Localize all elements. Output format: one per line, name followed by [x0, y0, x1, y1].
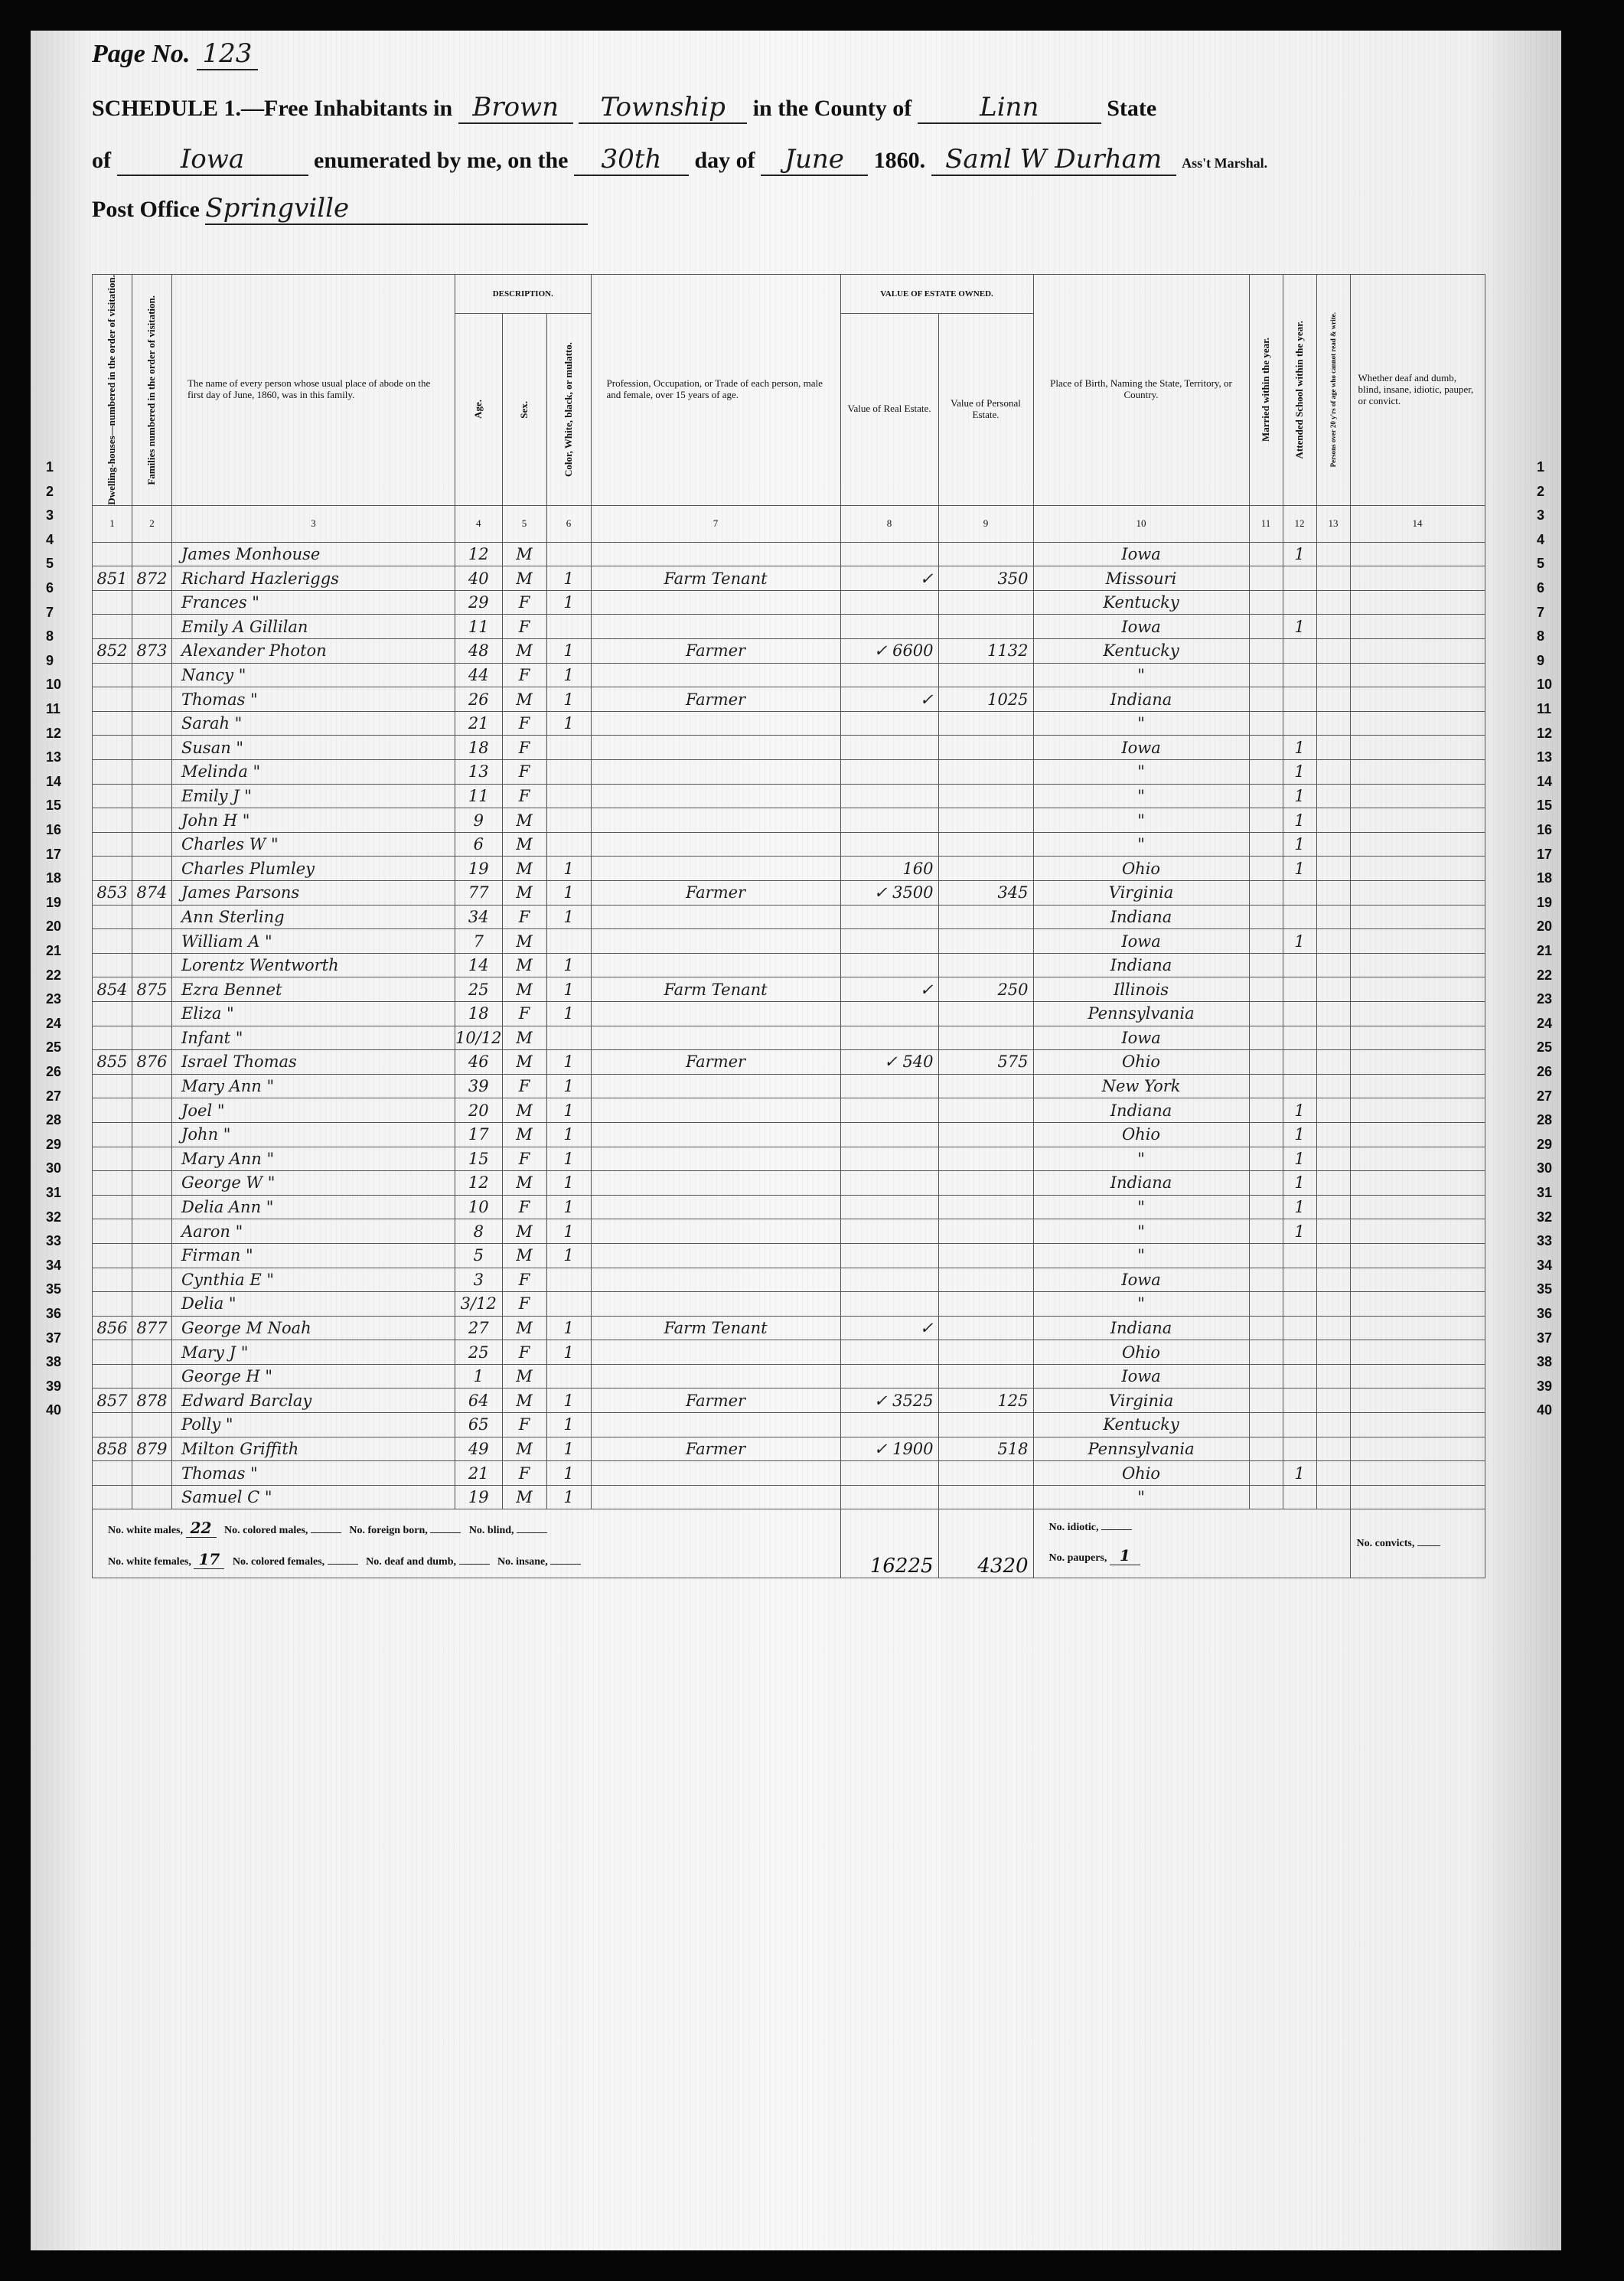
color: 1	[546, 857, 591, 881]
column-number: 2	[132, 505, 172, 542]
personal-estate-value	[938, 1316, 1033, 1340]
disability	[1350, 1413, 1485, 1437]
col-real-estate-header: Value of Real Estate.	[840, 314, 938, 506]
line-number-left: 7	[46, 605, 54, 621]
married-within-year	[1249, 953, 1283, 977]
age: 5	[455, 1243, 503, 1268]
page-label: Page No.	[92, 40, 190, 68]
married-within-year	[1249, 784, 1283, 808]
line-number-right: 39	[1537, 1379, 1552, 1395]
birthplace: Kentucky	[1033, 639, 1249, 664]
attended-school: 1	[1283, 1461, 1316, 1486]
married-within-year	[1249, 615, 1283, 639]
table-row: 855876Israel Thomas46M1Farmer✓ 540575Ohi…	[93, 1050, 1485, 1075]
disability	[1350, 639, 1485, 664]
sex: F	[502, 1292, 546, 1317]
person-name: Nancy "	[172, 663, 455, 687]
occupation	[591, 953, 840, 977]
real-estate-value: ✓ 540	[840, 1050, 938, 1075]
disability	[1350, 1437, 1485, 1461]
dwelling-number	[93, 1243, 132, 1268]
personal-estate-value	[938, 1461, 1033, 1486]
family-number	[132, 1413, 172, 1437]
dwelling-number	[93, 736, 132, 760]
sex: M	[502, 1171, 546, 1196]
disability	[1350, 832, 1485, 857]
disability	[1350, 1243, 1485, 1268]
color: 1	[546, 1122, 591, 1147]
birthplace: Missouri	[1033, 566, 1249, 591]
post-office-line: Post Office Springville	[92, 193, 588, 225]
col-personal-estate-header: Value of Personal Estate.	[938, 314, 1033, 506]
sex: M	[502, 881, 546, 906]
attended-school	[1283, 1292, 1316, 1317]
sex: M	[502, 1243, 546, 1268]
attended-school	[1283, 687, 1316, 712]
sex: M	[502, 832, 546, 857]
line-number-left: 18	[46, 870, 61, 886]
foreign-born-count	[430, 1532, 461, 1533]
col-school-header: Attended School within the year.	[1283, 275, 1316, 506]
illiterate	[1316, 1485, 1350, 1509]
occupation	[591, 905, 840, 929]
birthplace: Indiana	[1033, 1316, 1249, 1340]
summary-convicts: No. convicts,	[1350, 1509, 1485, 1578]
line-number-right: 32	[1537, 1209, 1552, 1225]
blind-count	[517, 1532, 547, 1533]
dwelling-number	[93, 1074, 132, 1098]
married-within-year	[1249, 808, 1283, 833]
birthplace: Ohio	[1033, 857, 1249, 881]
marshal-label: Ass't Marshal.	[1182, 155, 1267, 171]
real-estate-value	[840, 590, 938, 615]
personal-estate-value: 350	[938, 566, 1033, 591]
color	[546, 1026, 591, 1050]
occupation: Farm Tenant	[591, 977, 840, 1002]
line-number-right: 33	[1537, 1233, 1552, 1249]
color	[546, 832, 591, 857]
married-within-year	[1249, 1026, 1283, 1050]
sex: M	[502, 953, 546, 977]
person-name: Richard Hazleriggs	[172, 566, 455, 591]
line-number-left: 13	[46, 749, 61, 765]
family-number: 872	[132, 566, 172, 591]
line-number-right: 23	[1537, 991, 1552, 1007]
line-number-left: 20	[46, 919, 61, 935]
line-number-left: 28	[46, 1112, 61, 1128]
illiterate	[1316, 542, 1350, 566]
dwelling-number	[93, 784, 132, 808]
illiterate	[1316, 639, 1350, 664]
real-estate-value	[840, 711, 938, 736]
table-row: Thomas "21F1Ohio1	[93, 1461, 1485, 1486]
real-estate-value	[840, 1147, 938, 1171]
person-name: Eliza "	[172, 1001, 455, 1026]
table-row: 857878Edward Barclay64M1Farmer✓ 3525125V…	[93, 1389, 1485, 1413]
table-row: George W "12M1Indiana1	[93, 1171, 1485, 1196]
family-number	[132, 905, 172, 929]
age: 15	[455, 1147, 503, 1171]
table-row: Cynthia E "3FIowa	[93, 1268, 1485, 1292]
birthplace: Iowa	[1033, 542, 1249, 566]
real-estate-value	[840, 542, 938, 566]
color: 1	[546, 1437, 591, 1461]
disability	[1350, 542, 1485, 566]
attended-school	[1283, 711, 1316, 736]
line-number-left: 19	[46, 895, 61, 911]
sex: F	[502, 784, 546, 808]
table-row: Emily A Gillilan11FIowa1	[93, 615, 1485, 639]
dwelling-number: 852	[93, 639, 132, 664]
line-number-right: 9	[1537, 653, 1544, 669]
family-number	[132, 736, 172, 760]
census-table: Dwelling-houses—numbered in the order of…	[92, 274, 1485, 1578]
married-within-year	[1249, 905, 1283, 929]
deaf-dumb-label: No. deaf and dumb,	[366, 1556, 456, 1568]
table-row: William A "7MIowa1	[93, 929, 1485, 954]
line-number-right: 36	[1537, 1306, 1552, 1322]
family-number	[132, 590, 172, 615]
illiterate	[1316, 1026, 1350, 1050]
table-row: John H "9M"1	[93, 808, 1485, 833]
age: 8	[455, 1219, 503, 1244]
married-within-year	[1249, 1074, 1283, 1098]
enumeration-day: 30th	[574, 144, 689, 176]
disability	[1350, 1316, 1485, 1340]
illiterate	[1316, 977, 1350, 1002]
schedule-title: SCHEDULE 1.—Free Inhabitants in	[92, 96, 452, 121]
real-estate-value	[840, 615, 938, 639]
table-row: James Monhouse12MIowa1	[93, 542, 1485, 566]
birthplace: Iowa	[1033, 615, 1249, 639]
occupation	[591, 663, 840, 687]
dwelling-number	[93, 808, 132, 833]
age: 27	[455, 1316, 503, 1340]
line-number-right: 21	[1537, 943, 1552, 959]
person-name: Lorentz Wentworth	[172, 953, 455, 977]
dwelling-number: 857	[93, 1389, 132, 1413]
dwelling-number	[93, 590, 132, 615]
table-row: 853874James Parsons77M1Farmer✓ 3500345Vi…	[93, 881, 1485, 906]
personal-estate-value	[938, 1098, 1033, 1123]
married-within-year	[1249, 760, 1283, 785]
attended-school	[1283, 1243, 1316, 1268]
line-number-left: 17	[46, 847, 61, 863]
sex: M	[502, 639, 546, 664]
color: 1	[546, 1098, 591, 1123]
illiterate	[1316, 1268, 1350, 1292]
age: 1	[455, 1364, 503, 1389]
personal-estate-value	[938, 1122, 1033, 1147]
person-name: John "	[172, 1122, 455, 1147]
illiterate	[1316, 808, 1350, 833]
occupation	[591, 832, 840, 857]
sex: F	[502, 1413, 546, 1437]
personal-estate-value	[938, 1026, 1033, 1050]
family-number	[132, 615, 172, 639]
personal-estate-value: 345	[938, 881, 1033, 906]
table-row: Susan "18FIowa1	[93, 736, 1485, 760]
enumeration-line: of Iowa enumerated by me, on the 30th da…	[92, 144, 1267, 176]
white-females-count: 17	[194, 1550, 224, 1569]
real-estate-value	[840, 832, 938, 857]
illiterate	[1316, 1050, 1350, 1075]
line-number-right: 18	[1537, 870, 1552, 886]
person-name: George M Noah	[172, 1316, 455, 1340]
township-name: Brown	[458, 92, 573, 124]
dwelling-number	[93, 1098, 132, 1123]
personal-estate-value	[938, 808, 1033, 833]
married-within-year	[1249, 663, 1283, 687]
occupation	[591, 542, 840, 566]
age: 21	[455, 1461, 503, 1486]
line-number-left: 15	[46, 798, 61, 814]
age: 19	[455, 857, 503, 881]
real-estate-value	[840, 1171, 938, 1196]
age: 3	[455, 1268, 503, 1292]
dwelling-number	[93, 687, 132, 712]
table-row: 856877George M Noah27M1Farm Tenant✓India…	[93, 1316, 1485, 1340]
dwelling-number	[93, 1461, 132, 1486]
line-number-right: 8	[1537, 628, 1544, 644]
birthplace: Kentucky	[1033, 1413, 1249, 1437]
occupation	[591, 1413, 840, 1437]
line-number-right: 7	[1537, 605, 1544, 621]
person-name: Sarah "	[172, 711, 455, 736]
sex: F	[502, 760, 546, 785]
line-number-right: 34	[1537, 1258, 1552, 1274]
occupation	[591, 1171, 840, 1196]
personal-estate-total: 4320	[938, 1509, 1033, 1578]
personal-estate-value: 518	[938, 1437, 1033, 1461]
disability	[1350, 1122, 1485, 1147]
person-name: William A "	[172, 929, 455, 954]
color: 1	[546, 711, 591, 736]
illiterate	[1316, 1074, 1350, 1098]
person-name: Susan "	[172, 736, 455, 760]
line-number-left: 3	[46, 507, 54, 524]
line-number-left: 1	[46, 459, 54, 475]
real-estate-value	[840, 1195, 938, 1219]
column-number: 1	[93, 505, 132, 542]
person-name: Frances "	[172, 590, 455, 615]
birthplace: Kentucky	[1033, 590, 1249, 615]
post-office-label: Post Office	[92, 197, 200, 222]
family-number	[132, 953, 172, 977]
real-estate-value	[840, 784, 938, 808]
age: 25	[455, 977, 503, 1002]
dwelling-number	[93, 857, 132, 881]
family-number	[132, 687, 172, 712]
disability	[1350, 1195, 1485, 1219]
occupation	[591, 711, 840, 736]
attended-school	[1283, 1485, 1316, 1509]
census-rows: James Monhouse12MIowa1851872Richard Hazl…	[93, 542, 1485, 1509]
dwelling-number	[93, 1195, 132, 1219]
line-number-left: 36	[46, 1306, 61, 1322]
family-number: 878	[132, 1389, 172, 1413]
column-number: 11	[1249, 505, 1283, 542]
real-estate-value	[840, 1219, 938, 1244]
birthplace: "	[1033, 1147, 1249, 1171]
real-estate-value	[840, 1001, 938, 1026]
dwelling-number	[93, 1122, 132, 1147]
table-row: Nancy "44F1"	[93, 663, 1485, 687]
occupation: Farmer	[591, 1050, 840, 1075]
idiotic-label: No. idiotic,	[1049, 1522, 1099, 1533]
real-estate-value	[840, 1292, 938, 1317]
sex: M	[502, 1364, 546, 1389]
insane-count	[550, 1564, 581, 1565]
age: 44	[455, 663, 503, 687]
color	[546, 760, 591, 785]
family-number	[132, 929, 172, 954]
line-number-left: 5	[46, 556, 54, 572]
married-within-year	[1249, 929, 1283, 954]
illiterate	[1316, 929, 1350, 954]
attended-school	[1283, 1074, 1316, 1098]
married-within-year	[1249, 881, 1283, 906]
illiterate	[1316, 784, 1350, 808]
illiterate	[1316, 1437, 1350, 1461]
occupation: Farmer	[591, 1389, 840, 1413]
real-estate-value	[840, 1074, 938, 1098]
married-within-year	[1249, 1219, 1283, 1244]
person-name: Israel Thomas	[172, 1050, 455, 1075]
sex: M	[502, 808, 546, 833]
illiterate	[1316, 1219, 1350, 1244]
married-within-year	[1249, 1268, 1283, 1292]
personal-estate-value	[938, 1001, 1033, 1026]
birthplace: Ohio	[1033, 1050, 1249, 1075]
occupation	[591, 1122, 840, 1147]
real-estate-value	[840, 1268, 938, 1292]
attended-school	[1283, 639, 1316, 664]
family-number	[132, 1268, 172, 1292]
age: 3/12	[455, 1292, 503, 1317]
line-number-left: 32	[46, 1209, 61, 1225]
person-name: Thomas "	[172, 1461, 455, 1486]
real-estate-value: ✓	[840, 687, 938, 712]
schedule-title-line: SCHEDULE 1.—Free Inhabitants in Brown To…	[92, 92, 1156, 124]
age: 17	[455, 1122, 503, 1147]
birthplace: "	[1033, 663, 1249, 687]
column-number: 3	[172, 505, 455, 542]
color	[546, 808, 591, 833]
attended-school	[1283, 1050, 1316, 1075]
page-number: 123	[197, 38, 258, 70]
line-number-left: 33	[46, 1233, 61, 1249]
line-number-right: 31	[1537, 1185, 1552, 1201]
personal-estate-value	[938, 1485, 1033, 1509]
color	[546, 929, 591, 954]
personal-estate-value	[938, 929, 1033, 954]
col-sex-header: Sex.	[502, 314, 546, 506]
attended-school: 1	[1283, 736, 1316, 760]
illiterate	[1316, 1122, 1350, 1147]
age: 64	[455, 1389, 503, 1413]
illiterate	[1316, 615, 1350, 639]
attended-school	[1283, 1316, 1316, 1340]
occupation	[591, 1001, 840, 1026]
disability	[1350, 1389, 1485, 1413]
white-males-label: No. white males,	[108, 1525, 183, 1536]
line-number-right: 20	[1537, 919, 1552, 935]
birthplace: Indiana	[1033, 905, 1249, 929]
occupation	[591, 784, 840, 808]
family-number	[132, 808, 172, 833]
line-number-right: 6	[1537, 580, 1544, 596]
insane-label: No. insane,	[497, 1556, 548, 1568]
family-number	[132, 1219, 172, 1244]
convicts-count	[1417, 1545, 1440, 1546]
attended-school: 1	[1283, 1122, 1316, 1147]
person-name: James Monhouse	[172, 542, 455, 566]
paupers-label: No. paupers,	[1049, 1552, 1107, 1564]
family-number	[132, 1122, 172, 1147]
person-name: George H "	[172, 1364, 455, 1389]
disability	[1350, 1219, 1485, 1244]
married-within-year	[1249, 1243, 1283, 1268]
line-number-left: 25	[46, 1039, 61, 1056]
birthplace: Ohio	[1033, 1340, 1249, 1365]
married-within-year	[1249, 1292, 1283, 1317]
disability	[1350, 1340, 1485, 1365]
column-number: 6	[546, 505, 591, 542]
dwelling-number	[93, 905, 132, 929]
attended-school: 1	[1283, 1171, 1316, 1196]
illiterate	[1316, 905, 1350, 929]
personal-estate-value	[938, 905, 1033, 929]
married-within-year	[1249, 1389, 1283, 1413]
color: 1	[546, 1074, 591, 1098]
birthplace: "	[1033, 760, 1249, 785]
age: 19	[455, 1485, 503, 1509]
disability	[1350, 1001, 1485, 1026]
attended-school: 1	[1283, 929, 1316, 954]
family-number	[132, 784, 172, 808]
illiterate	[1316, 1147, 1350, 1171]
line-number-right: 13	[1537, 749, 1552, 765]
sex: M	[502, 977, 546, 1002]
line-number-right: 28	[1537, 1112, 1552, 1128]
line-number-right: 15	[1537, 798, 1552, 814]
birthplace: Indiana	[1033, 687, 1249, 712]
disability	[1350, 1292, 1485, 1317]
line-number-left: 38	[46, 1354, 61, 1370]
family-number	[132, 857, 172, 881]
summary-other: No. idiotic, No. paupers, 1	[1033, 1509, 1350, 1578]
person-name: Mary Ann "	[172, 1147, 455, 1171]
dwelling-number: 854	[93, 977, 132, 1002]
age: 18	[455, 736, 503, 760]
age: 49	[455, 1437, 503, 1461]
line-number-left: 14	[46, 774, 61, 790]
col-occupation-header: Profession, Occupation, or Trade of each…	[591, 275, 840, 506]
color: 1	[546, 1389, 591, 1413]
real-estate-value	[840, 1122, 938, 1147]
birthplace: "	[1033, 784, 1249, 808]
illiterate	[1316, 1461, 1350, 1486]
real-estate-value	[840, 1340, 938, 1365]
occupation	[591, 1147, 840, 1171]
real-estate-value	[840, 1413, 938, 1437]
illiterate	[1316, 1340, 1350, 1365]
birthplace: Iowa	[1033, 929, 1249, 954]
attended-school	[1283, 977, 1316, 1002]
real-estate-value	[840, 1243, 938, 1268]
illiterate	[1316, 857, 1350, 881]
